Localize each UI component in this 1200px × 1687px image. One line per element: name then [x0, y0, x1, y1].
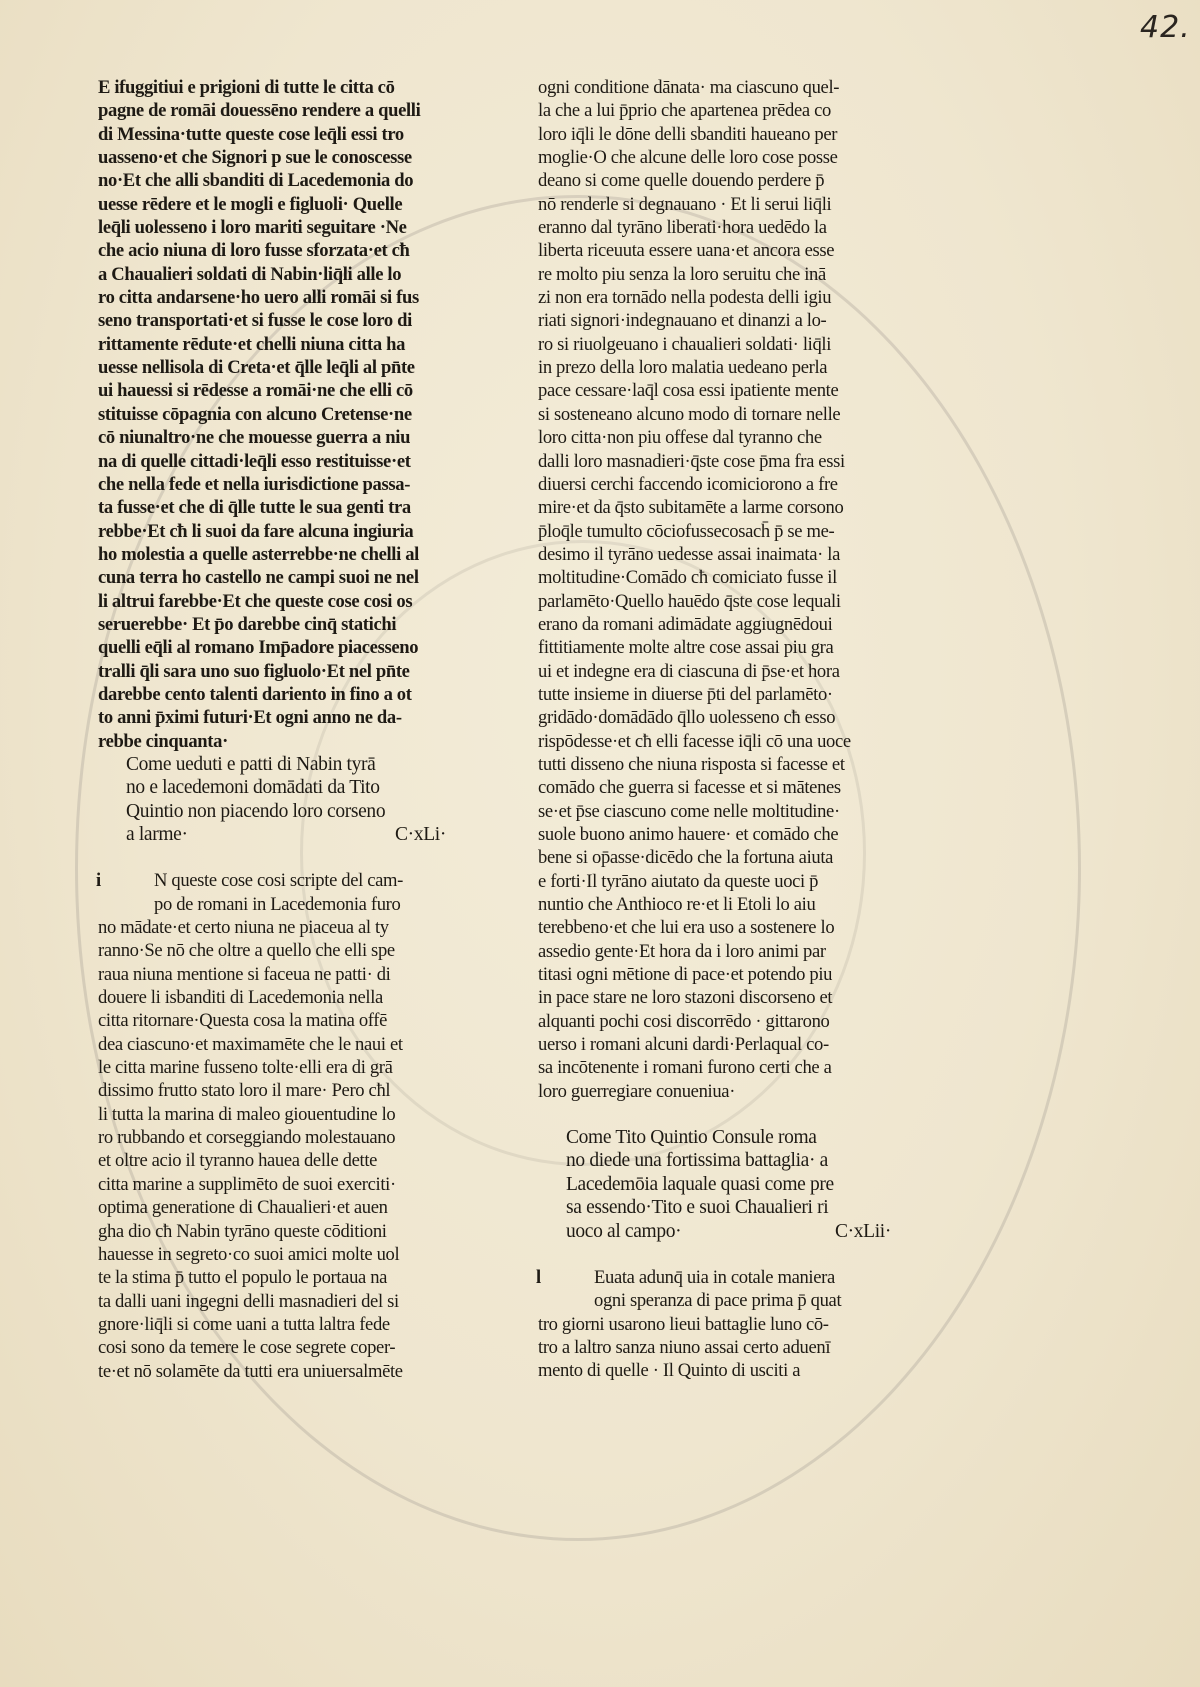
heading-line: no e lacedemoni domādati da Tito [126, 776, 438, 799]
text-line: erano da romani adimādate aggiugnēdoui [538, 613, 883, 636]
heading-text: a larme· [126, 824, 188, 845]
text-line: tutti disseno che niuna risposta si face… [538, 753, 883, 776]
text-line: cō niunaltro·ne che mouesse guerra a niu [98, 426, 438, 449]
text-line: citta ritornare·Questa cosa la matina of… [98, 1009, 438, 1032]
heading-line: uoco al campo·C·xLii· [566, 1220, 883, 1243]
text-line: e forti·Il tyrāno aiutato da queste uoci… [538, 870, 883, 893]
text-line: cuna terra ho castello ne campi suoi ne … [98, 566, 438, 589]
text-line: quelli eq̄li al romano Imp̄adore piacess… [98, 636, 438, 659]
chapter-number: C·xLi· [395, 823, 446, 846]
text-line: loro citta·non piu offese dal tyranno ch… [538, 426, 883, 449]
heading-text: no e lacedemoni domādati da Tito [126, 777, 380, 798]
text-line: ho molestia a quelle asterrebbe·ne chell… [98, 543, 438, 566]
text-line: se·et p̄se ciascuno come nelle moltitudi… [538, 800, 883, 823]
text-line: che nella fede et nella iurisdictione pa… [98, 473, 438, 496]
text-line: gnore·liq̄li si come uani a tutta laltra… [98, 1313, 438, 1336]
text-line: in pace stare ne loro stazoni discorseno… [538, 986, 883, 1009]
heading-line: Come Tito Quintio Consule roma [566, 1126, 883, 1149]
text-line: rebbe·Et cħ li suoi da fare alcuna ingiu… [98, 520, 438, 543]
text-line: dalli loro masnadieri·q̄ste cose p̄ma fr… [538, 450, 883, 473]
text-line: raua niuna mentione si faceua ne patti· … [98, 963, 438, 986]
page-number: 42. [1140, 10, 1191, 45]
text-line: uerso i romani alcuni dardi·Perlaqual co… [538, 1033, 883, 1056]
text-line: a Chaualieri soldati di Nabin·liq̄li all… [98, 263, 438, 286]
text-line: ui hauessi si rēdesse a romāi·ne che ell… [98, 379, 438, 402]
text-line: ranno·Se nō che oltre a quello che elli … [98, 939, 438, 962]
text-line: dea ciascuno·et maximamēte che le naui e… [98, 1033, 438, 1056]
text-line: tro giorni usarono lieui battaglie luno … [538, 1313, 883, 1336]
text-line: et oltre acio il tyranno hauea delle det… [98, 1149, 438, 1172]
text-line: terebbeno·et che lui era uso a sostenere… [538, 916, 883, 939]
heading-text: Quintio non piacendo loro corseno [126, 801, 385, 822]
text-line: gridādo·domādādo q̄llo uolesseno cħ esso [538, 706, 883, 729]
text-line: no mādate·et certo niuna ne piaceua al t… [98, 916, 438, 939]
heading-line: Quintio non piacendo loro corseno [126, 800, 438, 823]
text-line: te la stima p̄ tutto el populo le portau… [98, 1266, 438, 1289]
text-line: citta marine a supplimēto de suoi exerci… [98, 1173, 438, 1196]
text-line: eranno dal tyrāno liberati·hora uedēdo l… [538, 216, 883, 239]
text-line: moltitudine·Comādo cħ comiciato fusse il [538, 566, 883, 589]
text-line: mento di quelle · Il Quinto di usciti a [538, 1359, 883, 1382]
text-line: te·et nō solamēte da tutti era uniuersal… [98, 1360, 438, 1383]
spacer [538, 1243, 883, 1266]
text-line: tralli q̄li sara uno suo figluolo·Et nel… [98, 660, 438, 683]
text-line: la che a lui p̄prio che apartenea prēdea… [538, 99, 883, 122]
text-line: di Messina·tutte queste cose leq̄li essi… [98, 123, 438, 146]
text-line: loro guerregiare conueniua· [538, 1080, 883, 1103]
text-line: nō renderle si degnauano · Et li serui l… [538, 193, 883, 216]
chapter-number: C·xLii· [835, 1220, 891, 1243]
text-line: tutte insieme in diuerse p̄ti del parlam… [538, 683, 883, 706]
text-line: ro rubbando et corseggiando molestauano [98, 1126, 438, 1149]
text-line: cosi sono da temere le cose segrete cope… [98, 1336, 438, 1359]
text-line: fittitiamente molte altre cose assai piu… [538, 636, 883, 659]
text-line: sa incōtenente i romani furono certi che… [538, 1056, 883, 1079]
text-line: dissimo frutto stato loro il mare· Pero … [98, 1079, 438, 1102]
text-line: leq̄li uolesseno i loro mariti seguitare… [98, 216, 438, 239]
text-line: li altrui farebbe·Et che queste cose cos… [98, 590, 438, 613]
text-line: optima generatione di Chaualieri·et auen [98, 1196, 438, 1219]
right-paragraph-1: ogni conditione dānata· ma ciascuno quel… [538, 76, 883, 1103]
text-line: pagne de romāi douessēno rendere a quell… [98, 99, 438, 122]
text-line: desimo il tyrāno uedesse assai inaimata·… [538, 543, 883, 566]
text-line: le citta marine fusseno tolte·elli era d… [98, 1056, 438, 1079]
text-line: uasseno·et che Signori p sue le conosces… [98, 146, 438, 169]
text-line: nuntio che Anthioco re·et li Etoli lo ai… [538, 893, 883, 916]
text-line: ro citta andarsene·ho uero alli romāi si… [98, 286, 438, 309]
text-line: no·Et che alli sbanditi di Lacedemonia d… [98, 169, 438, 192]
paragraph-second-line: po de romani in Lacedemonia furo [98, 893, 438, 916]
text-line: rispōdesse·et cħ elli facesse iq̄li cō u… [538, 730, 883, 753]
text-line: ta dalli uani ingegni delli masnadieri d… [98, 1290, 438, 1313]
heading-text: uoco al campo· [566, 1221, 681, 1242]
text-line: in prezo della loro malatia uedeano perl… [538, 356, 883, 379]
text-line: moglie·O che alcune delle loro cose poss… [538, 146, 883, 169]
heading-line: no diede una fortissima battaglia· a [566, 1149, 883, 1172]
right-paragraph-2: l Euata adunq̄ uia in cotale maniera ogn… [538, 1266, 883, 1383]
text-line: li tutta la marina di maleo giouentudine… [98, 1103, 438, 1126]
spacer [538, 1103, 883, 1126]
left-chapter-heading: Come ueduti e patti di Nabin tyrāno e la… [126, 753, 438, 846]
text-line: riati signori·indegnauano et dinanzi a l… [538, 309, 883, 332]
paragraph-first-line: i N queste cose cosi scripte del cam- [98, 869, 438, 892]
text-line: ogni conditione dānata· ma ciascuno quel… [538, 76, 883, 99]
heading-line: Lacedemōia laquale quasi come pre [566, 1173, 883, 1196]
line-text: N queste cose cosi scripte del cam- [98, 870, 403, 891]
line-text: Euata adunq̄ uia in cotale maniera [538, 1267, 835, 1288]
text-line: zi non era tornādo nella podesta delli i… [538, 286, 883, 309]
text-line: uesse rēdere et le mogli e figluoli· Que… [98, 193, 438, 216]
heading-text: Come Tito Quintio Consule roma [566, 1127, 817, 1148]
text-line: uesse nellisola di Creta·et q̄lle leq̄li… [98, 356, 438, 379]
text-line: parlamēto·Quello hauēdo q̄ste cose lequa… [538, 590, 883, 613]
text-line: pace cessare·laq̄l cosa essi ipatiente m… [538, 379, 883, 402]
text-line: bene si op̄asse·dicēdo che la fortuna ai… [538, 846, 883, 869]
heading-line: sa essendo·Tito e suoi Chaualieri ri [566, 1196, 883, 1219]
right-paragraph-2-body: tro giorni usarono lieui battaglie luno … [538, 1313, 883, 1383]
text-line: comādo che guerra si facesse et si māten… [538, 776, 883, 799]
text-line: re molto piu senza la loro seruitu che i… [538, 263, 883, 286]
text-line: deano si come quelle douendo perdere p̄ [538, 169, 883, 192]
text-line: rebbe cinquanta· [98, 730, 438, 753]
spacer [98, 846, 438, 869]
text-line: tro a laltro sanza niuno assai certo adu… [538, 1336, 883, 1359]
text-line: seruerebbe· Et p̄o darebbe cinq̄ statich… [98, 613, 438, 636]
text-line: alquanti pochi cosi discorrēdo · gittaro… [538, 1010, 883, 1033]
text-line: mire·et da q̄sto subitamēte a larme cors… [538, 496, 883, 519]
left-paragraph-2: i N queste cose cosi scripte del cam- po… [98, 869, 438, 1383]
text-line: loro iq̄li le dōne delli sbanditi hauean… [538, 123, 883, 146]
left-column: E ifuggitiui e prigioni di tutte le citt… [98, 76, 438, 1383]
text-line: to anni p̄ximi futuri·Et ogni anno ne da… [98, 706, 438, 729]
heading-text: sa essendo·Tito e suoi Chaualieri ri [566, 1197, 828, 1218]
text-line: stituisse cōpagnia con alcuno Cretense·n… [98, 403, 438, 426]
text-line: ui et indegne era di ciascuna di p̄se·et… [538, 660, 883, 683]
text-line: p̄loq̄le tumulto cōciofussecosach̄ p̄ se… [538, 520, 883, 543]
text-line: ta fusse·et che di q̄lle tutte le sua ge… [98, 496, 438, 519]
text-line: hauesse in segreto·co suoi amici molte u… [98, 1243, 438, 1266]
right-column: ogni conditione dānata· ma ciascuno quel… [538, 76, 883, 1383]
text-line: assedio gente·Et hora da i loro animi pa… [538, 940, 883, 963]
text-line: E ifuggitiui e prigioni di tutte le citt… [98, 76, 438, 99]
left-paragraph-2-body: no mādate·et certo niuna ne piaceua al t… [98, 916, 438, 1383]
text-line: ro si riuolgeuano i chaualieri soldati· … [538, 333, 883, 356]
guide-letter: l [536, 1266, 541, 1289]
text-line: seno transportati·et si fusse le cose lo… [98, 309, 438, 332]
heading-line: a larme·C·xLi· [126, 823, 438, 846]
heading-line: Come ueduti e patti di Nabin tyrā [126, 753, 438, 776]
heading-text: Lacedemōia laquale quasi come pre [566, 1174, 834, 1195]
guide-letter: i [96, 869, 101, 892]
paragraph-second-line: ogni speranza di pace prima p̄ quat [538, 1289, 883, 1312]
heading-text: Come ueduti e patti di Nabin tyrā [126, 754, 375, 775]
text-line: titasi ogni mētione di pace·et potendo p… [538, 963, 883, 986]
text-line: diuersi cerchi faccendo icomiciorono a f… [538, 473, 883, 496]
right-chapter-heading: Come Tito Quintio Consule romano diede u… [566, 1126, 883, 1243]
left-paragraph-1: E ifuggitiui e prigioni di tutte le citt… [98, 76, 438, 753]
text-line: liberta riceuuta essere uana·et ancora e… [538, 239, 883, 262]
text-line: na di quelle cittadi·leq̄li esso restitu… [98, 450, 438, 473]
text-line: darebbe cento talenti dariento in fino a… [98, 683, 438, 706]
text-line: che acio niuna di loro fusse sforzata·et… [98, 239, 438, 262]
text-line: gha dio cħ Nabin tyrāno queste cōditioni [98, 1220, 438, 1243]
heading-text: no diede una fortissima battaglia· a [566, 1150, 828, 1171]
text-line: si sosteneano alcuno modo di tornare nel… [538, 403, 883, 426]
text-line: douere li isbanditi di Lacedemonia nella [98, 986, 438, 1009]
text-line: rittamente rēdute·et chelli niuna citta … [98, 333, 438, 356]
paragraph-first-line: l Euata adunq̄ uia in cotale maniera [538, 1266, 883, 1289]
text-line: suole buono animo hauere· et comādo che [538, 823, 883, 846]
